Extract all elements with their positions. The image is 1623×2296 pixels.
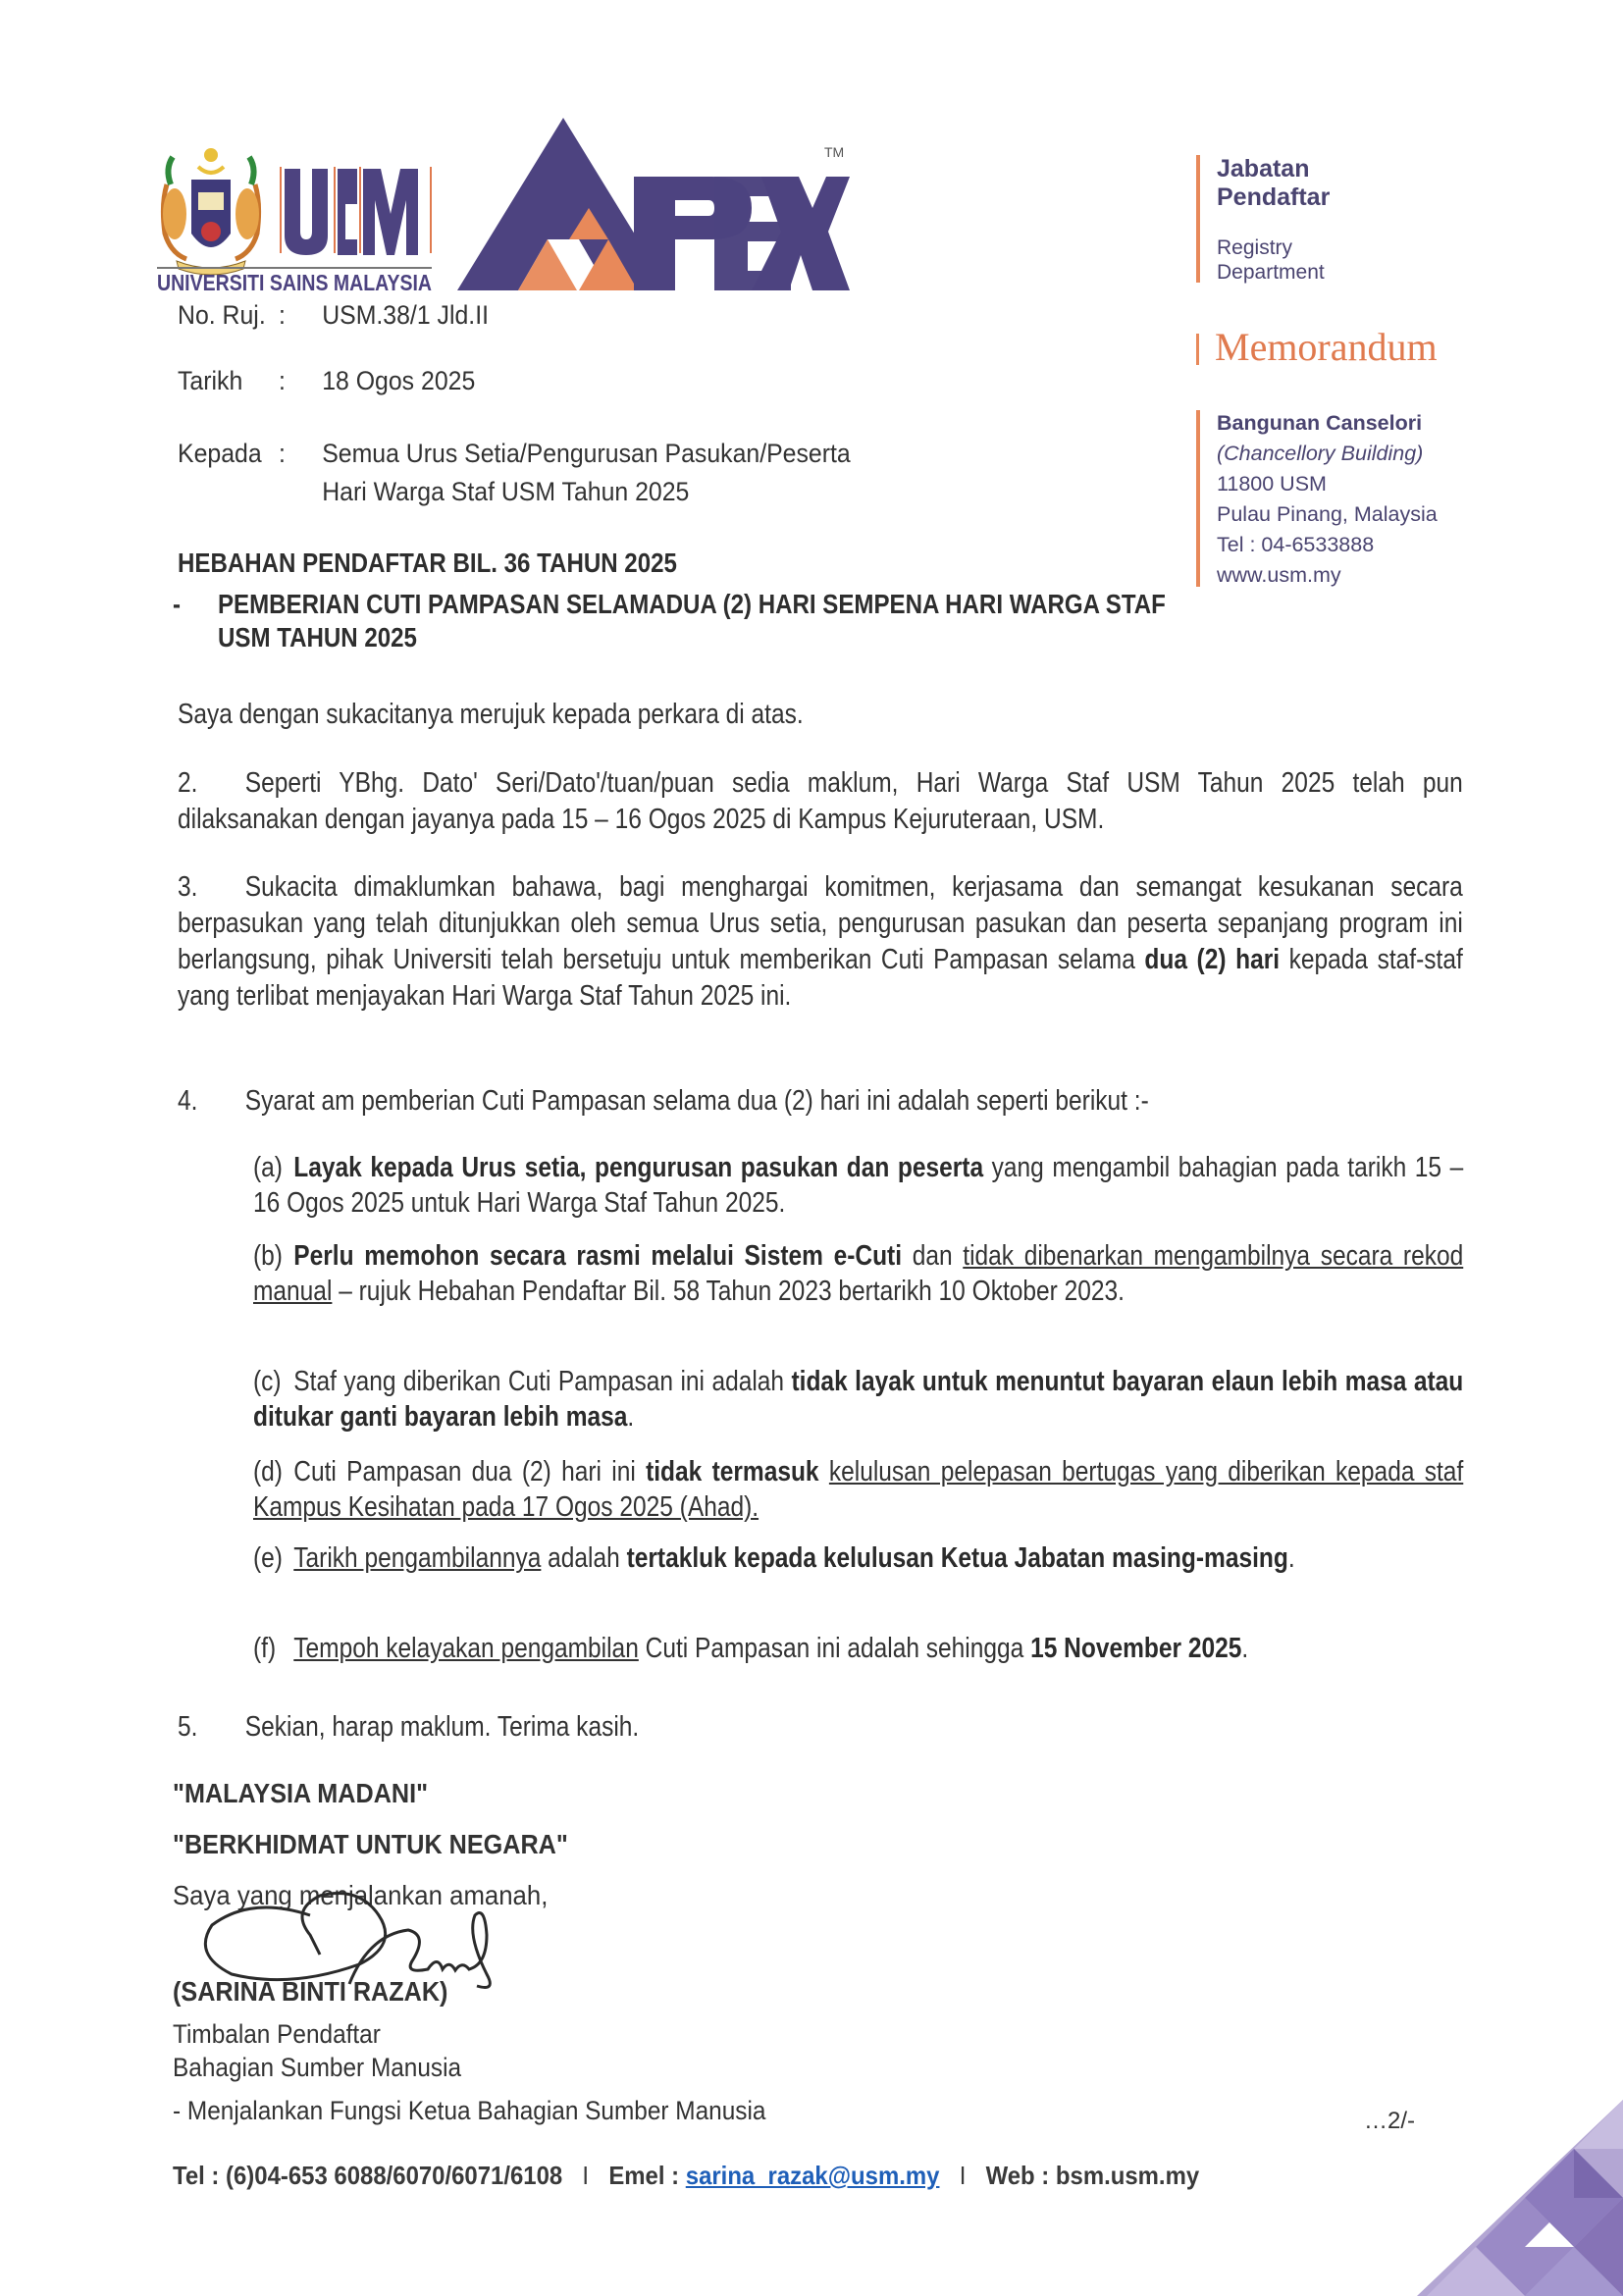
subject-title: PEMBERIAN CUTI PAMPASAN SELAMADUA (2) HA… — [218, 589, 1166, 653]
department-line: Pendaftar — [1217, 183, 1330, 212]
department-name-en: Registry Department — [1217, 235, 1325, 285]
condition-item: (c)Staf yang diberikan Cuti Pampasan ini… — [253, 1364, 1463, 1435]
condition-text: . — [1288, 1542, 1295, 1574]
corner-triangle-pattern-icon — [1417, 2100, 1623, 2296]
condition-underlined: Tempoh kelayakan pengambilan — [293, 1633, 639, 1664]
footer-email-label: Emel : — [608, 2161, 685, 2190]
condition-emphasis: Perlu memohon secara rasmi melalui Siste… — [293, 1240, 902, 1272]
paragraph-3: 3.Sukacita dimaklumkan bahawa, bagi meng… — [178, 869, 1463, 1015]
condition-underlined: Tarikh pengambilannya — [293, 1542, 541, 1574]
condition-item: (a)Layak kepada Urus setia, pengurusan p… — [253, 1150, 1463, 1221]
condition-item: (e)Tarikh pengambilannya adalah tertaklu… — [253, 1540, 1463, 1576]
recipient-row: Kepada: Semua Urus Setia/Pengurusan Pasu… — [178, 435, 851, 511]
condition-text: dan — [902, 1240, 963, 1272]
condition-text: . — [627, 1401, 634, 1433]
paragraph-body: Sekian, harap maklum. Terima kasih. — [245, 1711, 639, 1743]
slogan-malaysia-madani: "MALAYSIA MADANI" — [173, 1778, 428, 1809]
date-value: 18 Ogos 2025 — [322, 366, 475, 396]
paragraph-5: 5.Sekian, harap maklum. Terima kasih. — [178, 1709, 1463, 1746]
condition-label: (a) — [253, 1150, 293, 1185]
condition-emphasis: tertakluk kepada kelulusan Ketua Jabatan… — [627, 1542, 1288, 1574]
recipient-line: Hari Warga Staf USM Tahun 2025 — [322, 477, 689, 506]
colon: : — [279, 435, 322, 473]
address-postcode: 11800 USM — [1217, 469, 1438, 499]
signatory-title: Timbalan Pendaftar — [173, 2019, 381, 2050]
subject-line: PEMBERIAN CUTI PAMPASAN SELAMADUA (2) HA… — [218, 589, 1166, 620]
address-building: Bangunan Canselori — [1217, 408, 1438, 439]
paragraph-2: 2.Seperti YBhg. Dato' Seri/Dato'/tuan/pu… — [178, 765, 1463, 838]
subject-dash: - — [173, 589, 181, 620]
condition-emphasis: 15 November 2025 — [1030, 1633, 1241, 1664]
footer-separator: I — [960, 2161, 967, 2191]
condition-text: adalah — [541, 1542, 626, 1574]
condition-item: (f)Tempoh kelayakan pengambilan Cuti Pam… — [253, 1631, 1463, 1666]
footer-separator: I — [582, 2161, 589, 2191]
usm-crest-icon — [163, 148, 259, 275]
signatory-role: - Menjalankan Fungsi Ketua Bahagian Sumb… — [173, 2096, 765, 2126]
paragraph-emphasis: dua (2) hari — [1144, 944, 1280, 975]
slogan-berkhidmat: "BERKHIDMAT UNTUK NEGARA" — [173, 1829, 568, 1860]
opening-paragraph: Saya dengan sukacitanya merujuk kepada p… — [178, 697, 1463, 733]
paragraph-body: Seperti YBhg. Dato' Seri/Dato'/tuan/puan… — [178, 767, 1463, 835]
condition-text: . — [1241, 1633, 1248, 1664]
colon: : — [279, 366, 322, 396]
usm-logo: UNIVERSITI SAINS MALAYSIA — [157, 145, 434, 294]
department-name: Jabatan Pendaftar — [1217, 155, 1330, 212]
condition-emphasis: tidak termasuk — [646, 1456, 819, 1487]
department-line-en: Department — [1217, 260, 1325, 285]
paragraph-text: 2.Seperti YBhg. Dato' Seri/Dato'/tuan/pu… — [178, 765, 1463, 838]
page-continuation: …2/- — [1364, 2108, 1415, 2135]
reference-label: No. Ruj. — [178, 300, 279, 331]
address-block: Bangunan Canselori (Chancellory Building… — [1217, 408, 1438, 591]
paragraph-text: 4.Syarat am pemberian Cuti Pampasan sela… — [178, 1083, 1463, 1120]
condition-label: (f) — [253, 1631, 293, 1666]
svg-text:TM: TM — [824, 144, 844, 160]
paragraph-text: 5.Sekian, harap maklum. Terima kasih. — [178, 1709, 1463, 1746]
condition-label: (d) — [253, 1454, 293, 1489]
condition-label: (b) — [253, 1238, 293, 1274]
paragraph-text: 3.Sukacita dimaklumkan bahawa, bagi meng… — [178, 869, 1463, 1015]
footer-contact: Tel : (6)04-653 6088/6070/6071/6108IEmel… — [173, 2161, 1199, 2191]
footer-tel: Tel : (6)04-653 6088/6070/6071/6108 — [173, 2161, 562, 2190]
subject-reference: HEBAHAN PENDAFTAR BIL. 36 TAHUN 2025 — [178, 548, 677, 579]
paragraph-number: 4. — [178, 1083, 245, 1120]
address-building-en: (Chancellory Building) — [1217, 439, 1438, 469]
condition-label: (e) — [253, 1540, 293, 1576]
address-state: Pulau Pinang, Malaysia — [1217, 499, 1438, 530]
condition-text: Cuti Pampasan ini adalah sehingga — [639, 1633, 1030, 1664]
paragraph-4: 4.Syarat am pemberian Cuti Pampasan sela… — [178, 1083, 1463, 1120]
apex-logo: TM — [457, 118, 850, 294]
date-row: Tarikh:18 Ogos 2025 — [178, 366, 475, 396]
condition-text: Cuti Pampasan dua (2) hari ini — [293, 1456, 646, 1487]
document-type-title: Memorandum — [1215, 324, 1438, 370]
department-line: Jabatan — [1217, 155, 1330, 183]
signatory-name: (SARINA BINTI RAZAK) — [173, 1976, 447, 2008]
footer-web: Web : bsm.usm.my — [986, 2161, 1200, 2190]
condition-text: Staf yang diberikan Cuti Pampasan ini ad… — [293, 1366, 791, 1397]
address-web[interactable]: www.usm.my — [1217, 560, 1438, 591]
colon: : — [279, 300, 322, 331]
reference-value: USM.38/1 Jld.II — [322, 300, 489, 331]
paragraph-text: Saya dengan sukacitanya merujuk kepada p… — [178, 697, 1463, 733]
subject-line: USM TAHUN 2025 — [218, 622, 1166, 653]
accent-bar — [1196, 334, 1199, 365]
svg-text:UNIVERSITI SAINS MALAYSIA: UNIVERSITI SAINS MALAYSIA — [157, 270, 432, 294]
department-line-en: Registry — [1217, 235, 1325, 260]
paragraph-number: 2. — [178, 765, 245, 802]
condition-text: – rujuk Hebahan Pendaftar Bil. 58 Tahun … — [332, 1276, 1125, 1307]
reference-row: No. Ruj.:USM.38/1 Jld.II — [178, 300, 489, 331]
condition-item: (b)Perlu memohon secara rasmi melalui Si… — [253, 1238, 1463, 1309]
condition-item: (d)Cuti Pampasan dua (2) hari ini tidak … — [253, 1454, 1463, 1525]
footer-email-link[interactable]: sarina_razak@usm.my — [686, 2161, 940, 2190]
condition-label: (c) — [253, 1364, 293, 1399]
accent-bar — [1196, 410, 1200, 587]
condition-text — [819, 1456, 829, 1487]
address-tel: Tel : 04-6533888 — [1217, 530, 1438, 560]
recipient-value: Semua Urus Setia/Pengurusan Pasukan/Pese… — [322, 435, 851, 511]
condition-emphasis: Layak kepada Urus setia, pengurusan pasu… — [293, 1152, 983, 1183]
accent-bar — [1196, 155, 1200, 283]
date-label: Tarikh — [178, 366, 279, 396]
signatory-division: Bahagian Sumber Manusia — [173, 2053, 461, 2083]
paragraph-number: 5. — [178, 1709, 245, 1746]
paragraph-body: Syarat am pemberian Cuti Pampasan selama… — [245, 1085, 1149, 1117]
paragraph-number: 3. — [178, 869, 245, 906]
recipient-label: Kepada — [178, 435, 279, 473]
recipient-line: Semua Urus Setia/Pengurusan Pasukan/Pese… — [322, 439, 851, 468]
